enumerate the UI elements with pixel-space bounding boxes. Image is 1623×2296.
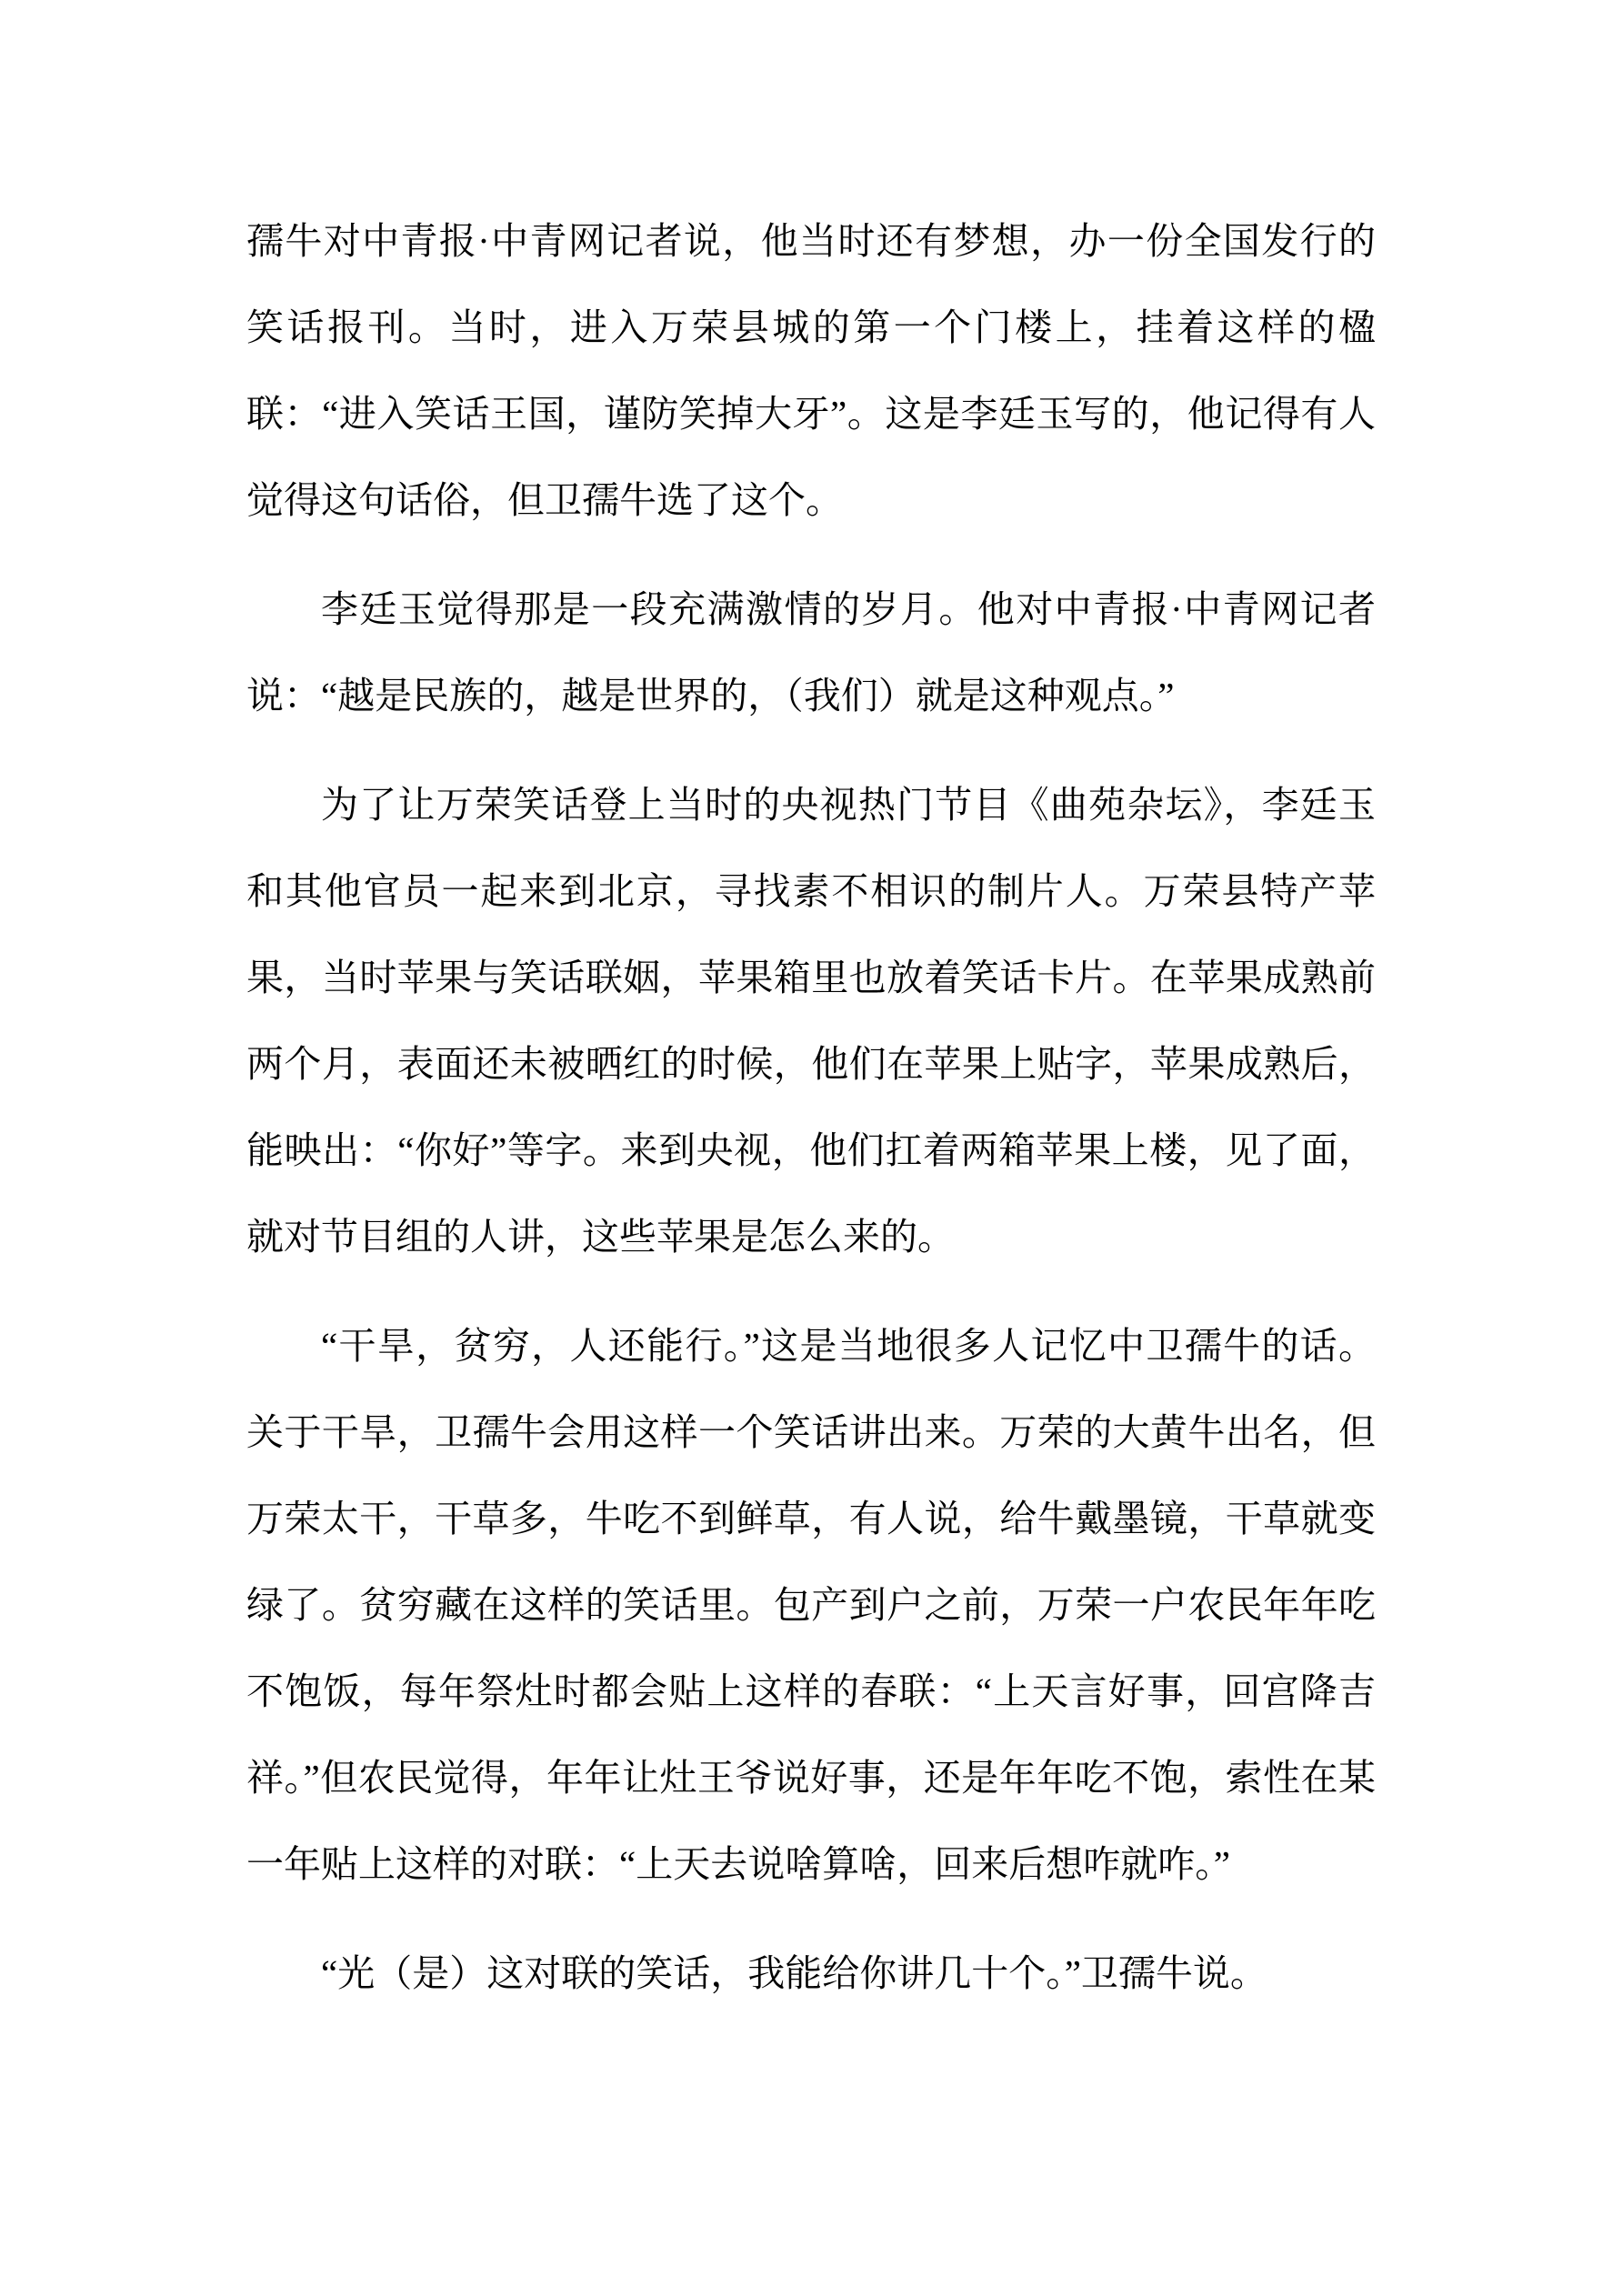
paragraph: “光（是）这对联的笑话，我能给你讲几十个。”卫孺牛说。 xyxy=(246,1930,1376,2017)
paragraph: 李廷玉觉得那是一段充满激情的岁月。他对中青报·中青网记者说：“越是民族的，越是世… xyxy=(246,566,1376,739)
paragraph: “干旱，贫穷，人还能行。”这是当地很多人记忆中卫孺牛的话。关于干旱，卫孺牛会用这… xyxy=(246,1303,1376,1908)
paragraph: 为了让万荣笑话登上当时的央视热门节目《曲苑杂坛》，李廷玉和其他官员一起来到北京，… xyxy=(246,762,1376,1280)
article-body: 孺牛对中青报·中青网记者说，他当时还有梦想，办一份全国发行的笑话报刊。当时，进入… xyxy=(246,198,1376,2017)
paragraph: 孺牛对中青报·中青网记者说，他当时还有梦想，办一份全国发行的笑话报刊。当时，进入… xyxy=(246,198,1376,544)
document-page: 孺牛对中青报·中青网记者说，他当时还有梦想，办一份全国发行的笑话报刊。当时，进入… xyxy=(0,0,1623,2296)
